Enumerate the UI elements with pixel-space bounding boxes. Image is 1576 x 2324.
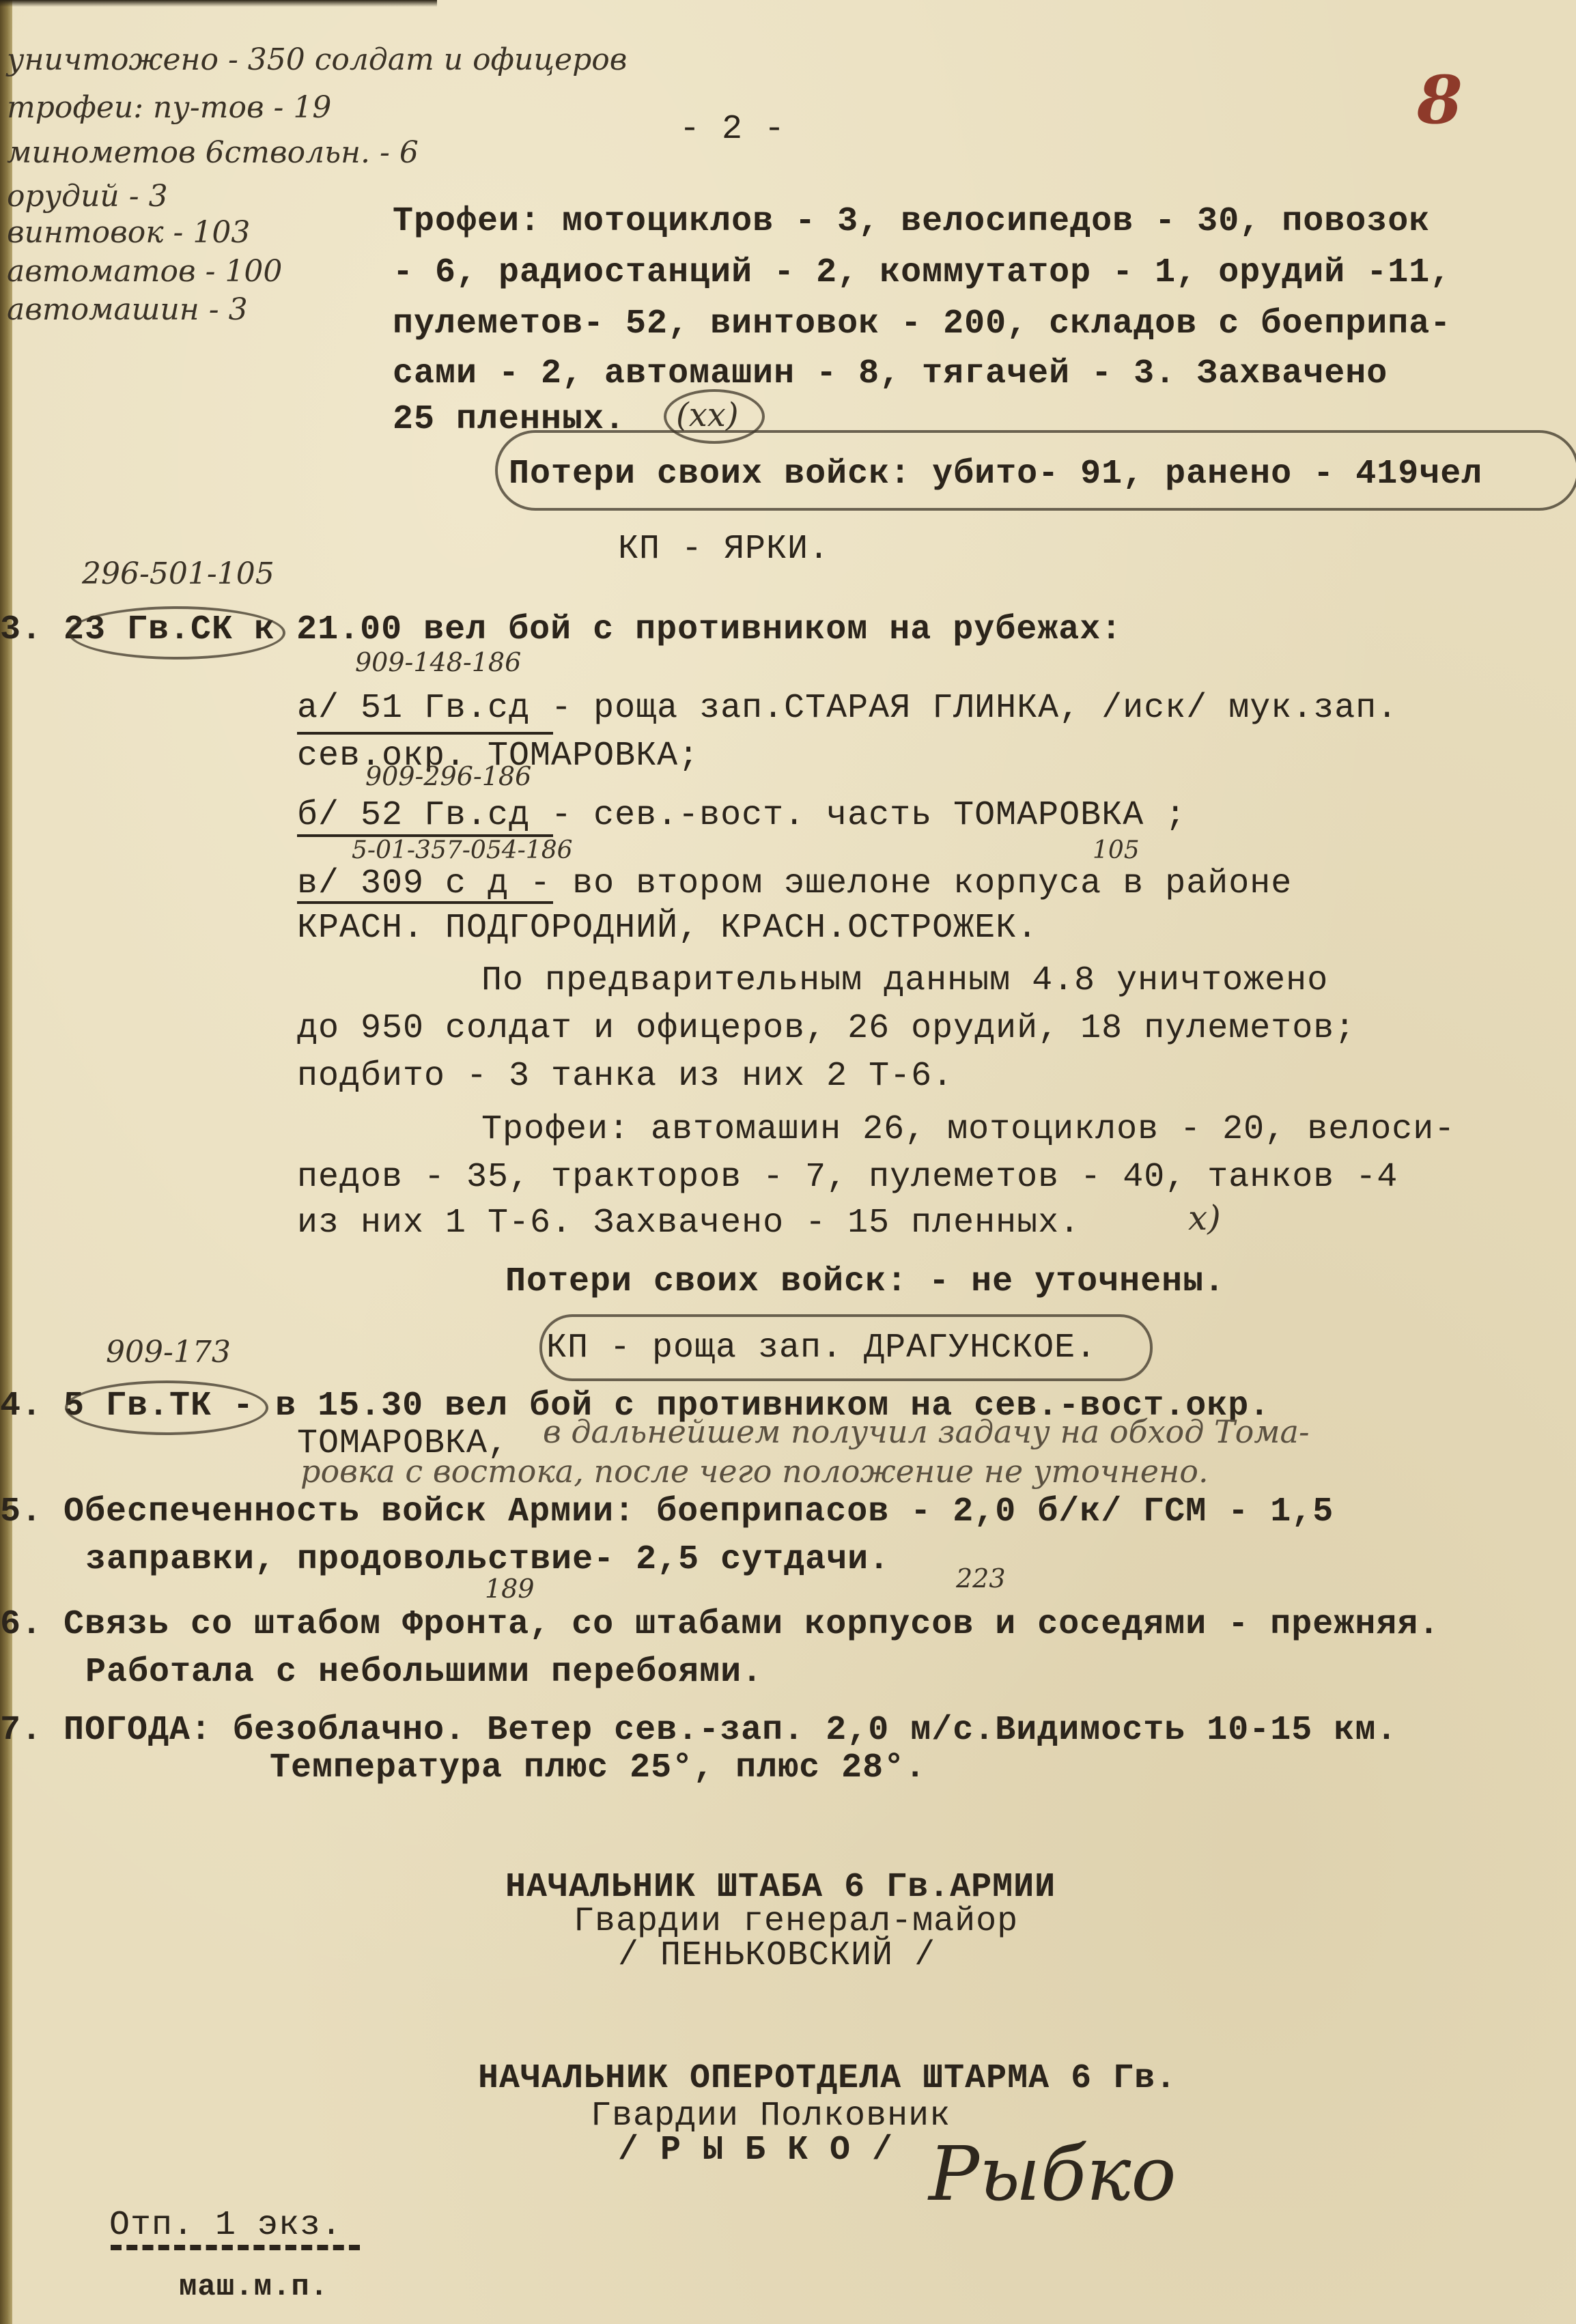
section-5-line: 5. Обеспеченность войск Армии: боеприпас… — [0, 1492, 1334, 1533]
command-post: КП - ЯРКИ. — [618, 529, 830, 570]
ink-circle — [495, 430, 1576, 511]
code-note: 909-148-186 — [355, 647, 521, 677]
code-note: 296-501-105 — [82, 556, 275, 591]
code-note: 189 — [485, 1574, 535, 1604]
code-note: 909-296-186 — [365, 761, 531, 791]
unit-line: КРАСН. ПОДГОРОДНИЙ, КРАСН.ОСТРОЖЕК. — [297, 908, 1038, 949]
scan-shadow — [0, 0, 437, 7]
trophies-line: педов - 35, тракторов - 7, пулеметов - 4… — [297, 1157, 1398, 1198]
underline — [297, 732, 553, 735]
trophies-line: из них 1 Т-6. Захвачено - 15 пленных. — [297, 1203, 1080, 1244]
results-line: По предварительным данным 4.8 уничтожено — [481, 961, 1328, 1002]
handwritten-addition: ровка с востока, после чего положение не… — [300, 1453, 1209, 1490]
section-7-line: 7. ПОГОДА: безоблачно. Ветер сев.-зап. 2… — [0, 1710, 1397, 1751]
code-note: 909-173 — [106, 1335, 231, 1370]
code-note: 5-01-357-054-186 — [352, 836, 573, 864]
page-number: - 2 - — [679, 109, 785, 150]
margin-note: орудий - 3 — [7, 179, 168, 214]
document-page: уничтожено - 350 солдат и офицеров трофе… — [0, 0, 1576, 2324]
margin-note: трофеи: пу-тов - 19 — [7, 90, 331, 125]
margin-note: автомашин - 3 — [7, 292, 248, 327]
section-7-line: Температура плюс 25°, плюс 28°. — [270, 1748, 926, 1789]
unit-line: б/ 52 Гв.сд - сев.-вост. часть ТОМАРОВКА… — [297, 795, 1186, 836]
signature-title: НАЧАЛЬНИК ОПЕРОТДЕЛА ШТАРМА 6 Гв. — [478, 2058, 1177, 2099]
unit-line: а/ 51 Гв.сд - роща зап.СТАРАЯ ГЛИНКА, /и… — [297, 688, 1398, 729]
binding-edge — [0, 0, 12, 2324]
underline — [297, 901, 553, 904]
ink-circle — [539, 1314, 1153, 1381]
trophies-line: Трофеи: автомашин 26, мотоциклов - 20, в… — [481, 1109, 1455, 1150]
signature-name: / ПЕНЬКОВСКИЙ / — [618, 1936, 935, 1976]
trophies-line: - 6, радиостанций - 2, коммутатор - 1, о… — [393, 253, 1451, 294]
ink-circle — [65, 1380, 268, 1435]
typist-note: маш.м.п. — [179, 2267, 328, 2308]
unit-line: в/ 309 с д - во втором эшелоне корпуса в… — [297, 864, 1292, 905]
margin-note: винтовок - 103 — [7, 215, 250, 250]
copies-note: Отп. 1 экз. — [109, 2205, 342, 2246]
folio-number: 8 — [1417, 61, 1463, 139]
margin-note: минометов 6ствольн. - 6 — [7, 135, 419, 170]
signature-name: / Р Ы Б К О / — [618, 2130, 893, 2171]
margin-note: уничтожено - 350 солдат и офицеров — [7, 42, 627, 77]
margin-note: автоматов - 100 — [7, 254, 282, 289]
trophies-line: сами - 2, автомашин - 8, тягачей - 3. За… — [393, 354, 1388, 395]
results-line: до 950 солдат и офицеров, 26 орудий, 18 … — [297, 1008, 1355, 1049]
results-line: подбито - 3 танка из них 2 Т-6. — [297, 1056, 953, 1097]
trophies-line: пулеметов- 52, винтовок - 200, складов с… — [393, 304, 1451, 345]
ink-circle — [68, 606, 285, 660]
code-note: 105 — [1093, 836, 1140, 864]
dashed-line — [111, 2245, 360, 2250]
trophies-line: Трофеи: мотоциклов - 3, велосипедов - 30… — [393, 201, 1430, 242]
handwritten-addition: в дальнейшем получил задачу на обход Том… — [543, 1413, 1310, 1450]
trophies-mark: х) — [1188, 1198, 1221, 1238]
section-6-line: 6. Связь со штабом Фронта, со штабами ко… — [0, 1604, 1439, 1645]
section-6-line: Работала с небольшими перебоями. — [85, 1652, 763, 1693]
losses-line: Потери своих войск: - не уточнены. — [505, 1262, 1225, 1303]
handwritten-signature: Рыбко — [929, 2130, 1177, 2217]
code-note: 223 — [956, 1563, 1006, 1593]
